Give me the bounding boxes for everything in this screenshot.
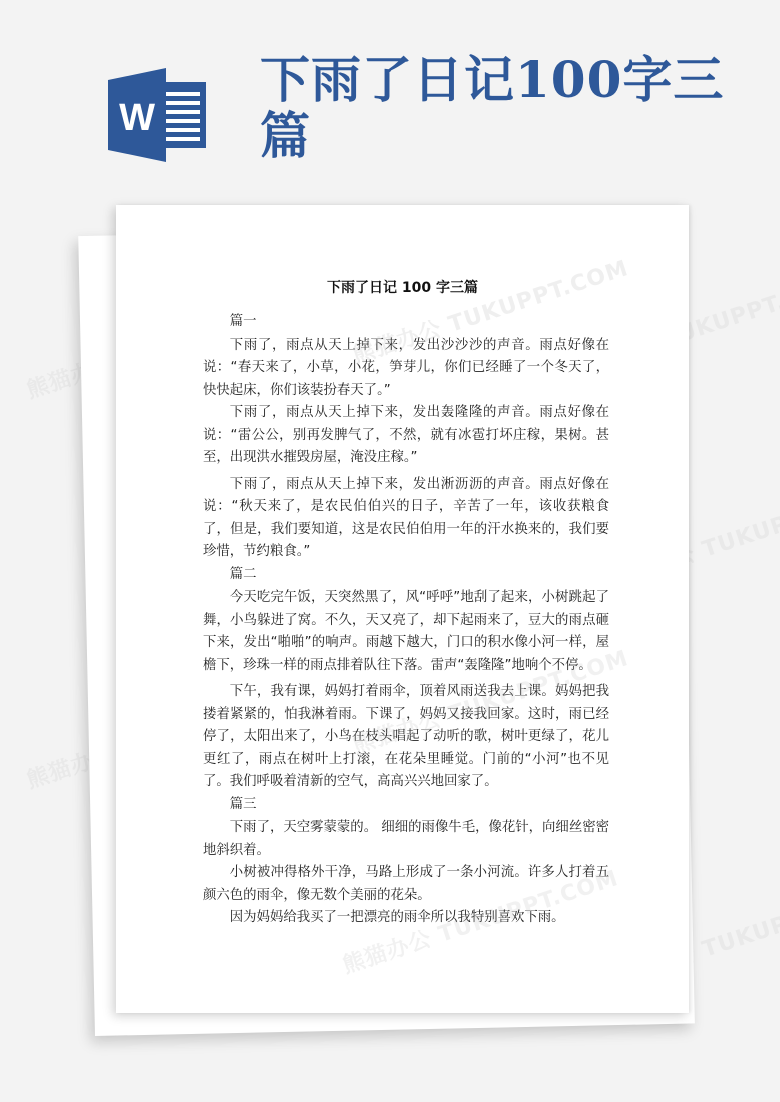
- paragraph: 下雨了，雨点从天上掉下来，发出轰隆隆的声音。雨点好像在说：“雷公公，别再发脾气了…: [203, 402, 609, 470]
- document-page: 下雨了日记 100 字三篇 篇一 下雨了，雨点从天上掉下来，发出沙沙沙的声音。雨…: [116, 205, 689, 1013]
- paragraph: 今天吃完午饭，天突然黑了，风“呼呼”地刮了起来，小树跳起了舞，小鸟躲进了窝。不久…: [203, 587, 609, 677]
- paragraph: 因为妈妈给我买了一把漂亮的雨伞所以我特别喜欢下雨。: [203, 907, 609, 930]
- svg-text:W: W: [119, 97, 155, 139]
- page-headline: 下雨了日记100字三篇: [260, 52, 740, 164]
- paragraph: 小树被冲得格外干净，马路上形成了一条小河流。许多人打着五颜六色的雨伞，像无数个美…: [203, 862, 609, 907]
- word-document-icon: W: [108, 68, 208, 162]
- section-heading: 篇一: [203, 311, 609, 334]
- section-heading: 篇二: [203, 564, 609, 587]
- section-heading: 篇三: [203, 794, 609, 817]
- paragraph: 下雨了，天空雾蒙蒙的。 细细的雨像牛毛，像花针，向细丝密密地斜织着。: [203, 817, 609, 862]
- document-title: 下雨了日记 100 字三篇: [116, 277, 689, 297]
- paragraph: 下雨了，雨点从天上掉下来，发出沙沙沙的声音。雨点好像在说：“春天来了，小草，小花…: [203, 335, 609, 403]
- paragraph: 下午，我有课，妈妈打着雨伞，顶着风雨送我去上课。妈妈把我搂着紧紧的，怕我淋着雨。…: [203, 681, 609, 794]
- paragraph: 下雨了，雨点从天上掉下来，发出淅沥沥的声音。雨点好像在说：“秋天来了，是农民伯伯…: [203, 474, 609, 564]
- document-body: 篇一 下雨了，雨点从天上掉下来，发出沙沙沙的声音。雨点好像在说：“春天来了，小草…: [203, 311, 609, 930]
